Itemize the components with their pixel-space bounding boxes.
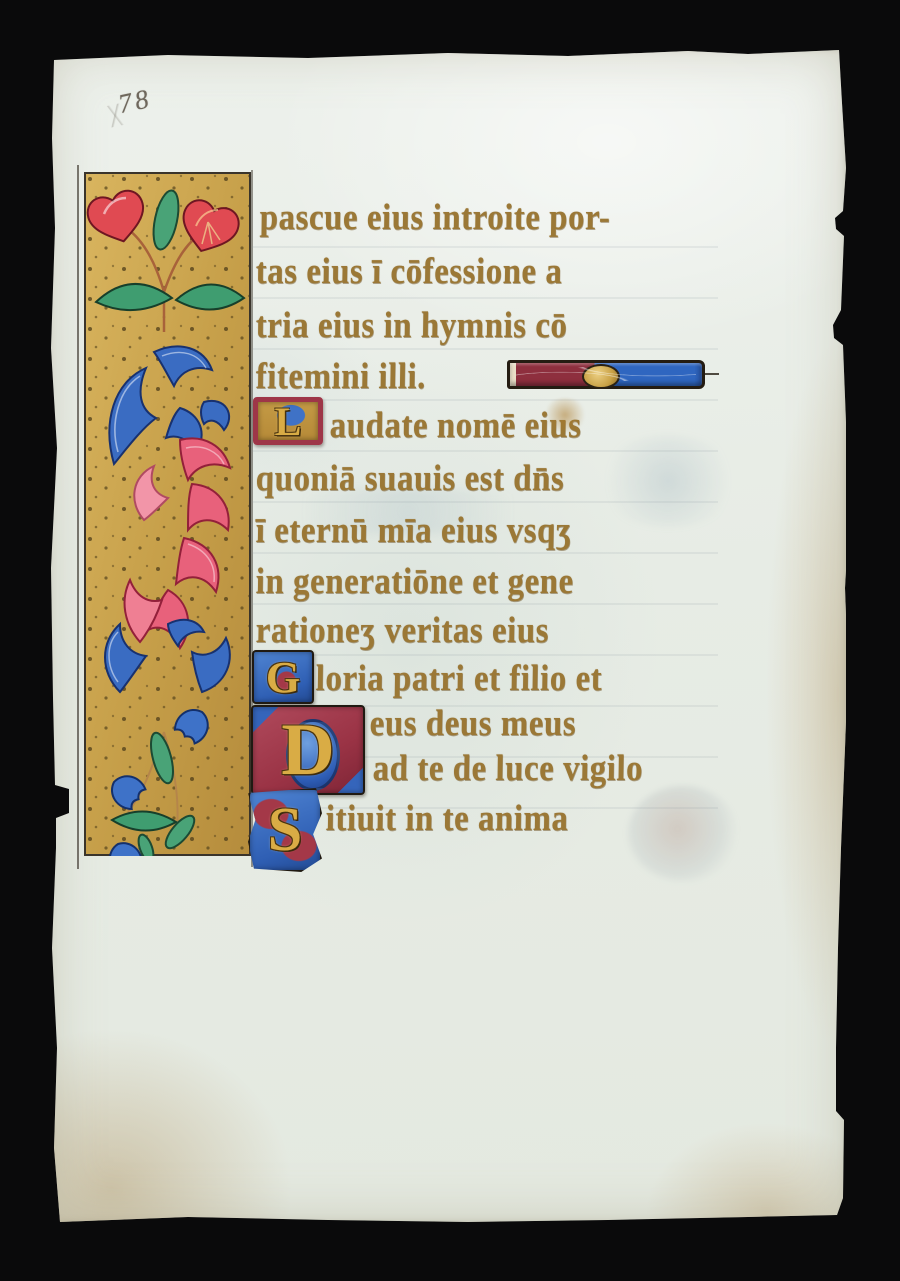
initial-L: L (253, 397, 323, 445)
text-line-7: ī eternū mīa eius vsqʒ (255, 513, 571, 550)
illuminated-border-panel (84, 172, 251, 856)
text-line-9: rationeʒ veritas eius (255, 613, 549, 650)
text-line-1: pascue eius introite por- (259, 200, 610, 237)
text-line-13: itiuit in te anima (325, 801, 568, 838)
text-line-11: eus deus meus (369, 706, 576, 743)
text-line-10: loria patri et filio et (315, 661, 602, 698)
initial-S: S (248, 788, 322, 872)
photo-background: { "photo": { "subject": "Illuminated man… (0, 0, 900, 1281)
folio-number: 78 (116, 75, 195, 138)
text-line-3: tria eius in hymnis cō (255, 308, 567, 345)
initial-G: G (252, 650, 314, 704)
text-line-4: fitemini illi. (255, 359, 426, 396)
text-line-6: quoniā suauis est dn̄s (255, 461, 564, 498)
ruled-line-left (77, 165, 79, 869)
text-line-5: audate nomē eius (329, 408, 581, 445)
text-line-12: ad te de luce vigilo (372, 751, 643, 788)
initial-D: D (251, 705, 365, 795)
line-filler-bar (507, 360, 705, 389)
text-line-8: in generatiōne et gene (255, 564, 574, 601)
manuscript-leaf: 78 (48, 48, 846, 1223)
text-line-2: tas eius ī cōfessione a (255, 254, 562, 291)
initial-D-letter: D (281, 708, 334, 793)
line-filler-tail (705, 373, 719, 375)
